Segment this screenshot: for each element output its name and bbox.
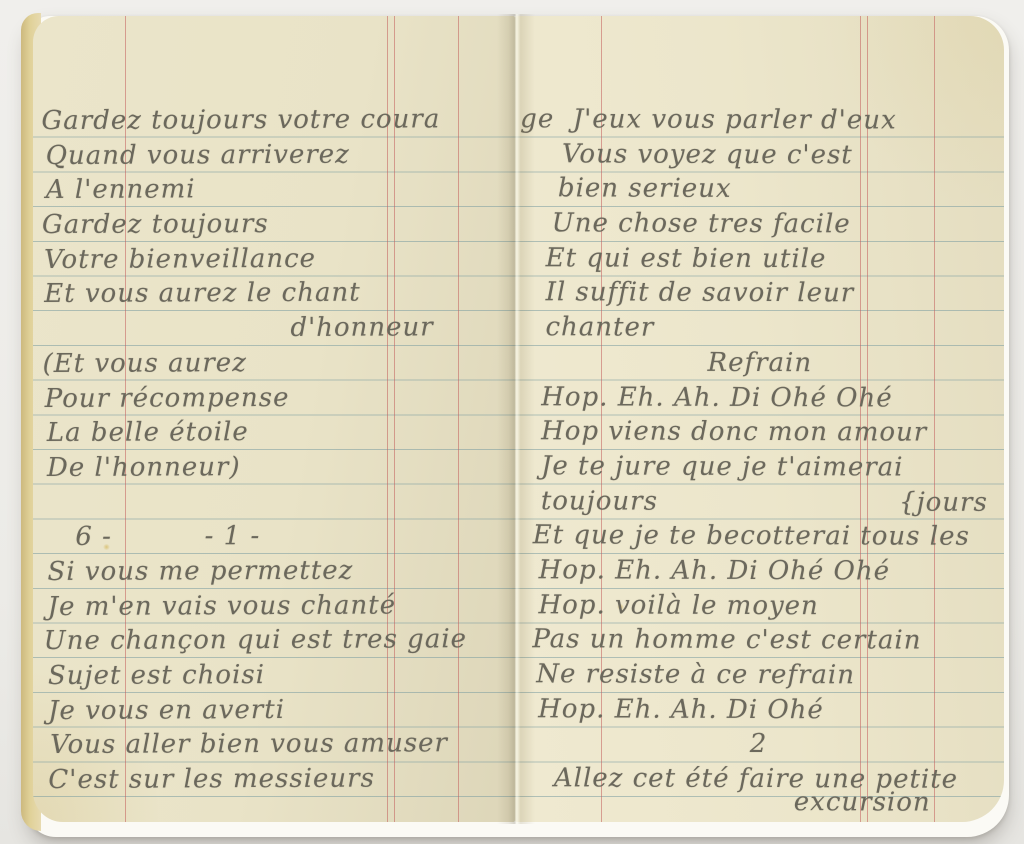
- handwriting-line: (Et vous aurez: [33, 345, 515, 382]
- handwriting-line: Hop viens donc mon amour: [515, 414, 1004, 450]
- handwriting-text: Quand vous arriverez: [46, 139, 350, 170]
- handwriting-line: 6 - - 1 -: [33, 518, 515, 555]
- handwriting-text: 2: [750, 729, 768, 759]
- handwriting-line: Je vous en averti: [34, 692, 515, 729]
- handwriting-text: Je te jure que je t'aimerai: [541, 451, 904, 482]
- handwriting-text: Vous voyez que c'est: [562, 139, 853, 170]
- handwriting-line: Une chançon qui est tres gaie: [34, 622, 515, 659]
- handwriting-text: Et que je te becotterai tous les: [533, 520, 970, 552]
- notebook-page-left: Gardez toujours votre couraQuand vous ar…: [33, 16, 515, 822]
- handwriting-continuation-mark: {jours: [899, 485, 988, 520]
- handwriting-text: bien serieux: [558, 174, 732, 205]
- handwriting-text: toujours: [541, 486, 658, 516]
- handwriting-line: La belle étoile: [33, 414, 515, 451]
- handwriting-text: Hop. voilà le moyen: [538, 590, 818, 621]
- handwriting-line: Hop. voilà le moyen: [515, 588, 1004, 624]
- handwriting-line: Gardez toujours votre coura: [33, 102, 514, 139]
- handwriting-line: Sujet est choisi: [34, 657, 515, 694]
- handwriting-line: Hop. Eh. Ah. Di Ohé Ohé: [515, 380, 1004, 416]
- handwriting-line: Refrain: [515, 345, 1004, 381]
- handwriting-line: Ne resiste à ce refrain: [515, 657, 1003, 693]
- handwriting-text: Et vous aurez le chant: [44, 278, 361, 309]
- handwriting-text: Vous aller bien vous amuser: [50, 729, 448, 761]
- handwriting-text: Pas un homme c'est certain: [532, 625, 921, 656]
- handwriting-text: Je vous en averti: [48, 695, 285, 726]
- handwriting-text: Pour récompense: [45, 382, 290, 413]
- handwriting-line: Et que je te becotterai tous les: [515, 518, 1004, 554]
- handwriting-text: De l'honneur): [47, 452, 241, 483]
- handwriting-text: (Et vous aurez: [43, 348, 247, 379]
- handwriting-text: Et qui est bien utile: [546, 243, 827, 274]
- handwriting-line: Si vous me permettez: [33, 553, 515, 590]
- handwriting-line: d'honneur: [33, 310, 514, 347]
- handwriting-line: Et qui est bien utile: [516, 241, 1004, 277]
- handwriting-line: chanter: [515, 310, 1004, 346]
- handwriting-line: Hop. Eh. Ah. Di Ohé: [515, 692, 1003, 728]
- handwriting-line: excursion: [515, 784, 1003, 820]
- handwriting-text: Refrain: [707, 348, 812, 378]
- handwriting-text: Une chançon qui est tres gaie: [44, 624, 467, 656]
- handwriting-line: Je te jure que je t'aimerai: [515, 449, 1004, 485]
- handwriting-line: [33, 484, 515, 521]
- handwriting-text: Hop. Eh. Ah. Di Ohé Ohé: [539, 555, 890, 586]
- handwriting-line: Hop. Eh. Ah. Di Ohé Ohé: [515, 553, 1004, 589]
- handwriting-text: Je m'en vais vous chanté: [48, 590, 397, 622]
- notebook-photo: Gardez toujours votre couraQuand vous ar…: [0, 0, 1024, 844]
- handwriting-line: Pour récompense: [33, 379, 515, 416]
- handwriting-line: Quand vous arriverez: [33, 137, 514, 174]
- handwriting-text: Votre bienveillance: [44, 244, 316, 275]
- handwriting-line: Il suffit de savoir leur: [516, 276, 1004, 312]
- handwriting-text: Sujet est choisi: [48, 660, 265, 691]
- handwriting-text: La belle étoile: [47, 417, 249, 448]
- handwriting-line: bien serieux: [516, 172, 1004, 208]
- handwriting-line: Je m'en vais vous chanté: [34, 588, 515, 625]
- handwriting-text: chanter: [545, 312, 654, 342]
- left-page-lines: Gardez toujours votre couraQuand vous ar…: [33, 102, 515, 822]
- handwriting-line: Votre bienveillance: [33, 241, 514, 278]
- handwriting-line: Et vous aurez le chant: [33, 275, 514, 312]
- handwriting-text: Hop. Eh. Ah. Di Ohé: [538, 694, 824, 725]
- handwriting-line: toujours{jours: [515, 484, 1004, 520]
- handwriting-text: Gardez toujours votre coura: [41, 104, 440, 136]
- handwriting-text: excursion: [794, 787, 931, 817]
- handwriting-text: Il suffit de savoir leur: [546, 278, 855, 309]
- handwriting-line: A l'ennemi: [33, 171, 514, 208]
- handwriting-line: Une chose tres facile: [516, 206, 1004, 242]
- handwriting-text: Une chose tres facile: [552, 208, 851, 239]
- handwriting-text: ge J'eux vous parler d'eux: [520, 104, 897, 135]
- handwriting-text: d'honneur: [290, 312, 433, 343]
- handwriting-text: C'est sur les messieurs: [48, 764, 375, 795]
- handwriting-text: Ne resiste à ce refrain: [536, 659, 855, 690]
- handwriting-line: 2: [515, 727, 1003, 763]
- handwriting-text: Gardez toujours: [42, 209, 269, 240]
- handwriting-line: Vous aller bien vous amuser: [34, 726, 515, 763]
- handwriting-line: ge J'eux vous parler d'eux: [516, 102, 1004, 138]
- handwriting-text: 6 - - 1 -: [75, 521, 260, 552]
- handwriting-text: A l'ennemi: [46, 175, 196, 206]
- handwriting-line: Vous voyez que c'est: [516, 137, 1004, 173]
- handwriting-text: Hop. Eh. Ah. Di Ohé Ohé: [541, 382, 892, 413]
- right-page-lines: ge J'eux vous parler d'euxVous voyez que…: [515, 102, 1004, 822]
- handwriting-line: Gardez toujours: [33, 206, 514, 243]
- handwriting-text: Si vous me permettez: [47, 556, 353, 587]
- handwriting-line: De l'honneur): [33, 449, 515, 486]
- handwriting-line: Pas un homme c'est certain: [515, 622, 1003, 658]
- handwriting-text: Hop viens donc mon amour: [541, 416, 927, 447]
- handwriting-line: C'est sur les messieurs: [34, 761, 515, 798]
- notebook-page-right: ge J'eux vous parler d'euxVous voyez que…: [515, 16, 1004, 822]
